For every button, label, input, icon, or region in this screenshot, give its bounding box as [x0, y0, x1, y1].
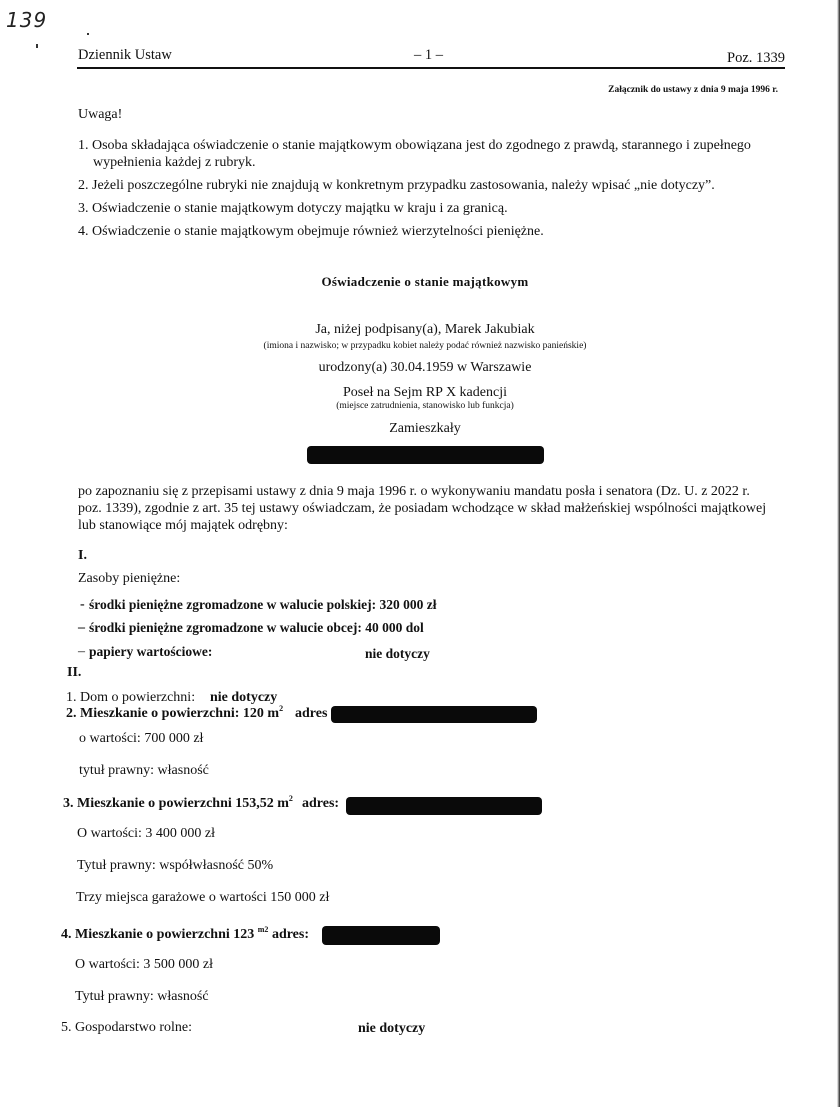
scan-speck	[87, 33, 89, 35]
apartment-3-value: O wartości: 3 500 000 zł	[75, 957, 213, 973]
apartment-1-area: 2. Mieszkanie o powierzchni: 120 m	[66, 706, 279, 721]
list-bullet: -	[80, 597, 85, 613]
list-bullet: –	[78, 644, 85, 660]
list-bullet: –	[78, 620, 85, 636]
redacted-residence-address	[307, 446, 544, 464]
farm-value: nie dotyczy	[358, 1021, 425, 1037]
redacted-apartment-2-address	[346, 797, 542, 815]
apartment-1-legal-title: tytuł prawny: własność	[79, 763, 209, 779]
securities-label: papiery wartościowe:	[89, 644, 212, 660]
apartment-2-label: 3. Mieszkanie o powierzchni 153,52 m2	[63, 796, 293, 812]
residence-label: Zamieszkały	[0, 421, 840, 437]
house-label: 1. Dom o powierzchni:	[66, 690, 195, 706]
cash-foreign: środki pieniężne zgromadzone w walucie o…	[89, 620, 424, 636]
section-2-heading: II.	[67, 665, 81, 681]
notice-item-3: 3. Oświadczenie o stanie majątkowym doty…	[78, 201, 508, 217]
position-hint: (miejsce zatrudnienia, stanowisko lub fu…	[0, 401, 840, 411]
apartment-3-address-label: adres:	[272, 927, 309, 942]
apartment-3-legal-title: Tytuł prawny: własność	[75, 989, 209, 1005]
apartment-2-legal-title: Tytuł prawny: współwłasność 50%	[77, 858, 273, 874]
notice-item-number: 4.	[78, 224, 89, 239]
position-line: Poseł na Sejm RP X kadencji	[0, 385, 840, 401]
notice-item-2: 2. Jeżeli poszczególne rubryki nie znajd…	[78, 178, 715, 194]
section-1-heading: I.	[78, 548, 87, 564]
notice-item-text: Oświadczenie o stanie majątkowym dotyczy…	[92, 201, 508, 216]
handwritten-page-number: 139	[6, 8, 47, 32]
intro-line-1: po zapoznaniu się z przepisami ustawy z …	[78, 484, 750, 500]
notice-item-number: 1.	[78, 138, 89, 153]
notice-item-number: 2.	[78, 178, 89, 193]
apartment-3-area: 4. Mieszkanie o powierzchni 123	[61, 927, 254, 942]
declarant-name-line: Ja, niżej podpisany(a), Marek Jakubiak	[0, 322, 840, 338]
cash-pln: środki pieniężne zgromadzone w walucie p…	[89, 597, 437, 613]
notice-item-text: Oświadczenie o stanie majątkowym obejmuj…	[92, 224, 544, 239]
garage-spaces: Trzy miejsca garażowe o wartości 150 000…	[76, 890, 329, 906]
birth-line: urodzony(a) 30.04.1959 w Warszawie	[0, 360, 840, 376]
scan-speck	[36, 44, 38, 48]
apartment-2-address-label: adres:	[302, 796, 339, 812]
declarant-name-hint: (imiona i nazwisko; w przypadku kobiet n…	[0, 341, 840, 351]
securities-value: nie dotyczy	[365, 646, 430, 662]
declaration-title: Oświadczenie o stanie majątkowym	[0, 274, 840, 290]
superscript: m2	[258, 925, 269, 934]
section-1-label: Zasoby pieniężne:	[78, 571, 180, 587]
farm-label: 5. Gospodarstwo rolne:	[61, 1020, 192, 1036]
intro-line-2: poz. 1339), zgodnie z art. 35 tej ustawy…	[78, 501, 766, 517]
notice-item-4: 4. Oświadczenie o stanie majątkowym obej…	[78, 224, 544, 240]
apartment-1-value: o wartości: 700 000 zł	[79, 731, 203, 747]
redacted-apartment-3-address	[322, 926, 440, 945]
notice-item-1: 1. Osoba składająca oświadczenie o stani…	[78, 138, 751, 154]
apartment-1-label: 2. Mieszkanie o powierzchni: 120 m2	[66, 706, 283, 722]
apartment-2-area: 3. Mieszkanie o powierzchni 153,52 m	[63, 796, 289, 811]
apartment-2-value: O wartości: 3 400 000 zł	[77, 826, 215, 842]
redacted-apartment-1-address	[331, 706, 537, 723]
notice-title: Uwaga!	[78, 107, 122, 123]
apartment-3-label: 4. Mieszkanie o powierzchni 123 m2 adres…	[61, 927, 309, 943]
notice-item-1-continued: wypełnienia każdej z rubryk.	[93, 155, 256, 171]
header-journal-title: Dziennik Ustaw	[78, 47, 172, 64]
intro-line-3: lub stanowiące mój majątek odrębny:	[78, 518, 288, 534]
superscript: 2	[289, 794, 293, 803]
notice-item-text: Jeżeli poszczególne rubryki nie znajdują…	[92, 178, 715, 193]
notice-item-text: Osoba składająca oświadczenie o stanie m…	[92, 138, 751, 153]
house-value: nie dotyczy	[210, 690, 277, 706]
notice-item-number: 3.	[78, 201, 89, 216]
superscript: 2	[279, 704, 283, 713]
header-page-number: – 1 –	[414, 47, 443, 64]
apartment-1-address-label: adres	[295, 706, 327, 722]
annex-note: Załącznik do ustawy z dnia 9 maja 1996 r…	[608, 85, 778, 95]
header-position: Poz. 1339	[727, 50, 785, 67]
header-rule	[77, 67, 785, 69]
